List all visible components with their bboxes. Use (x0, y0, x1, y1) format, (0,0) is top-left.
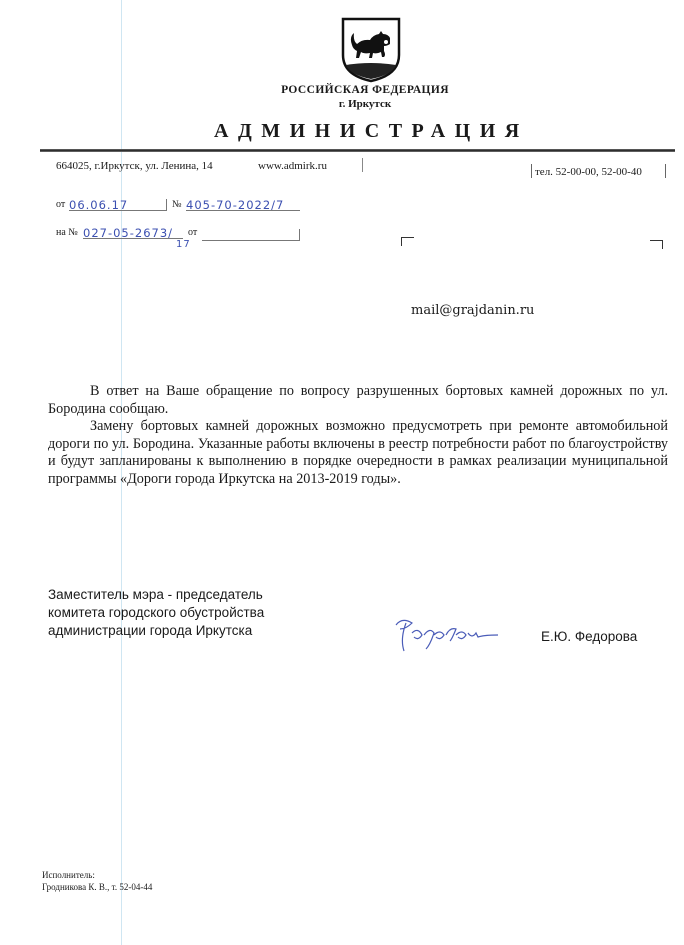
reply-to-number-suffix: 17 (176, 239, 191, 250)
outgoing-number-field: 405-70-2022/7 (186, 196, 300, 211)
field-divider (362, 158, 363, 172)
handwritten-signature (392, 615, 502, 655)
executor-details: Гродникова К. В., т. 52-04-44 (42, 881, 152, 893)
reply-from-label: от (188, 227, 197, 238)
address-corner-mark (650, 240, 663, 249)
reply-to-number-field: 027-05-2673/ (83, 224, 183, 239)
executor-label: Исполнитель: (42, 869, 152, 881)
field-divider (166, 199, 167, 211)
organization-address: 664025, г.Иркутск, ул. Ленина, 14 (56, 160, 213, 172)
signatory-title: Заместитель мэра - председатель комитета… (48, 586, 264, 640)
organization-phone: тел. 52-00-00, 52-00-40 (535, 166, 642, 178)
outgoing-number-value: 405-70-2022/7 (186, 198, 284, 212)
outgoing-date-value: 06.06.17 (69, 198, 128, 212)
field-divider (531, 164, 532, 178)
field-divider (299, 229, 300, 241)
executor-info: Исполнитель: Гродникова К. В., т. 52-04-… (42, 869, 152, 893)
body-paragraph: Замену бортовых камней дорожных возможно… (48, 418, 668, 488)
body-paragraph: В ответ на Ваше обращение по вопросу раз… (48, 383, 668, 418)
recipient-email[interactable]: mail@grajdanin.ru (411, 303, 534, 318)
header-divider (40, 149, 675, 152)
address-corner-mark (401, 237, 414, 246)
reply-from-date-field (202, 226, 299, 241)
city-name: г. Иркутск (0, 98, 684, 110)
signatory-title-line: Заместитель мэра - председатель (48, 586, 264, 604)
letter-body: В ответ на Ваше обращение по вопросу раз… (48, 383, 668, 488)
signatory-title-line: комитета городского обустройства (48, 604, 264, 622)
country-name: РОССИЙСКАЯ ФЕДЕРАЦИЯ (0, 84, 684, 96)
reply-to-label: на № (56, 227, 78, 238)
organization-website[interactable]: www.admirk.ru (258, 160, 327, 172)
outgoing-date-field: 06.06.17 (69, 196, 166, 211)
irkutsk-coat-of-arms-icon (340, 17, 402, 83)
reply-to-number-value: 027-05-2673/ (83, 226, 173, 240)
signatory-name: Е.Ю. Федорова (541, 629, 637, 644)
field-divider (665, 164, 666, 178)
number-label: № (172, 199, 182, 210)
organization-title: АДМИНИСТРАЦИЯ (214, 120, 529, 143)
signatory-title-line: администрации города Иркутска (48, 622, 264, 640)
date-label: от (56, 199, 65, 210)
